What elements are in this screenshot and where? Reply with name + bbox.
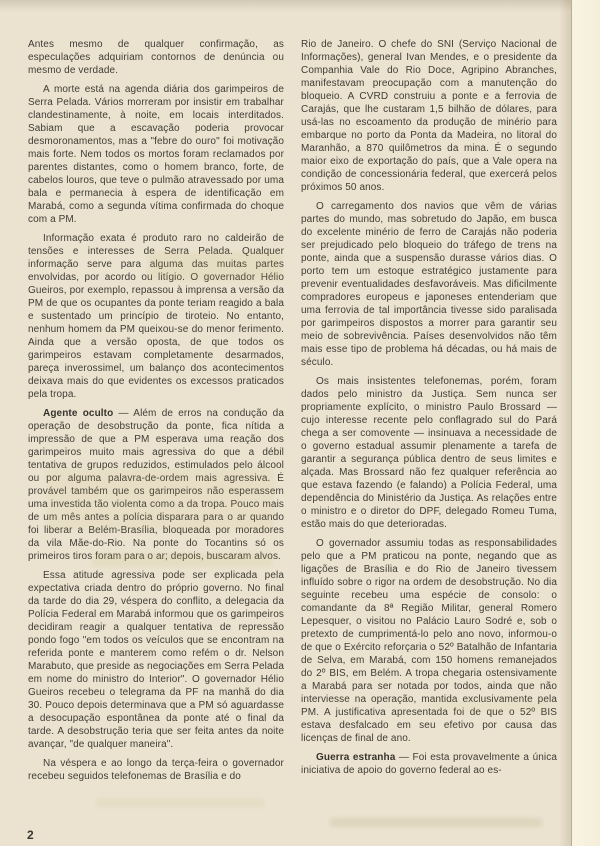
paper-sheet: Antes mesmo de qualquer confirmação, as …: [0, 0, 572, 846]
section-heading-guerra-estranha: Guerra estranha: [316, 752, 395, 763]
left-column: Antes mesmo de qualquer confirmação, as …: [28, 38, 284, 789]
paragraph: Informação exata é produto raro no calde…: [28, 232, 284, 401]
paragraph-guerra-estranha: Guerra estranha — Foi esta provavelmente…: [301, 751, 557, 777]
scan-smudge: [330, 818, 542, 827]
paragraph: Os mais insistentes telefonemas, porém, …: [301, 375, 557, 531]
page-number: 2: [27, 828, 34, 842]
paragraph: Essa atitude agressiva pode ser explicad…: [28, 569, 284, 751]
page-edge-strip: [573, 0, 600, 846]
paragraph-agente-oculto: Agente oculto — Além de erros na conduçã…: [28, 407, 284, 563]
scan-smudge: [96, 798, 264, 807]
right-column: Rio de Janeiro. O chefe do SNI (Serviço …: [301, 38, 557, 783]
paragraph: Antes mesmo de qualquer confirmação, as …: [28, 38, 284, 77]
paragraph-text: — Além de erros na condução da operação …: [28, 408, 284, 562]
section-heading-agente-oculto: Agente oculto: [43, 408, 113, 419]
paragraph: O carregamento dos navios que vêm de vár…: [301, 200, 557, 369]
paragraph: O governador assumiu todas as responsabi…: [301, 537, 557, 745]
paragraph: A morte está na agenda diária dos garimp…: [28, 83, 284, 226]
paragraph: Na véspera e ao longo da terça-feira o g…: [28, 757, 284, 783]
paragraph: Rio de Janeiro. O chefe do SNI (Serviço …: [301, 38, 557, 194]
scanned-page: Antes mesmo de qualquer confirmação, as …: [0, 0, 600, 846]
